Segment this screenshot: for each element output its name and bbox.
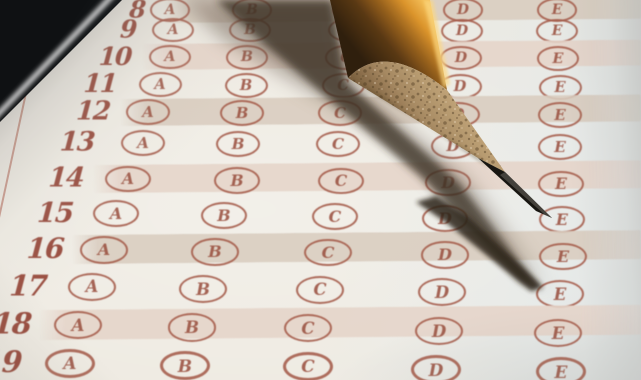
- question-number-16: 16: [26, 232, 64, 265]
- bubble-q10-C: C: [325, 45, 367, 70]
- bubble-q17-E: E: [536, 280, 584, 308]
- bubble-q19-C: C: [283, 352, 333, 380]
- bubble-q15-C: C: [312, 203, 358, 230]
- bubble-q10-A: A: [149, 45, 191, 70]
- bubble-q12-B: B: [220, 100, 264, 126]
- bubble-q13-B: B: [216, 131, 261, 157]
- bubble-q9-C: C: [328, 18, 369, 42]
- question-number-14: 14: [48, 162, 85, 193]
- bubble-q19-A: A: [45, 349, 95, 378]
- bubble-q12-C: C: [318, 100, 362, 126]
- bubble-q15-D: D: [422, 205, 468, 232]
- bubble-q13-D: D: [431, 133, 476, 159]
- bubble-q11-A: A: [139, 72, 182, 97]
- question-number-19: 19: [0, 344, 22, 379]
- bubble-q9-D: D: [441, 19, 482, 43]
- bubble-q15-E: E: [539, 206, 585, 233]
- question-number-9: 9: [119, 14, 137, 43]
- question-number-10: 10: [98, 41, 132, 71]
- bubble-q14-D: D: [425, 169, 471, 196]
- bubble-q12-D: D: [436, 102, 480, 128]
- bubble-q13-E: E: [538, 134, 583, 160]
- answer-sheet-photo: 8ABCDE9ABCDE10ABCDE11ABCDE12ABCDE13ABCDE…: [0, 0, 641, 380]
- bubble-q9-A: A: [152, 18, 193, 42]
- bubble-q18-E: E: [534, 319, 583, 348]
- question-number-17: 17: [8, 269, 47, 303]
- question-number-13: 13: [59, 126, 95, 157]
- bubble-q16-D: D: [421, 241, 468, 269]
- bubble-q15-A: A: [93, 200, 139, 227]
- bubble-q17-A: A: [68, 273, 116, 301]
- question-number-12: 12: [75, 95, 110, 126]
- bubble-q14-A: A: [105, 166, 151, 193]
- bubble-q18-B: B: [168, 313, 217, 342]
- bubble-q18-D: D: [415, 317, 464, 346]
- bubble-q14-E: E: [538, 171, 584, 198]
- bubble-q11-B: B: [225, 73, 268, 98]
- bubble-q10-B: B: [226, 45, 268, 70]
- bubble-q16-A: A: [80, 236, 127, 264]
- bubble-q17-D: D: [418, 278, 466, 306]
- bubble-q11-C: C: [322, 73, 365, 98]
- bubble-q12-E: E: [538, 102, 582, 128]
- bubble-q19-D: D: [411, 355, 461, 380]
- bubble-q19-B: B: [160, 351, 210, 380]
- bubble-q16-B: B: [191, 238, 238, 266]
- bubble-q14-C: C: [318, 168, 364, 195]
- bubble-q18-C: C: [284, 314, 333, 343]
- bubble-q19-E: E: [536, 357, 586, 380]
- bubble-q12-A: A: [126, 99, 170, 125]
- bubble-q16-E: E: [539, 243, 586, 271]
- bubble-q9-B: B: [229, 18, 270, 42]
- bubble-q14-B: B: [214, 167, 260, 194]
- answer-grid: 8ABCDE9ABCDE10ABCDE11ABCDE12ABCDE13ABCDE…: [0, 0, 641, 380]
- bubble-q17-C: C: [296, 276, 344, 304]
- bubble-q17-B: B: [179, 275, 227, 303]
- bubble-q9-E: E: [536, 19, 577, 43]
- question-number-18: 18: [0, 307, 32, 341]
- question-number-15: 15: [36, 196, 74, 229]
- bubble-q10-E: E: [537, 46, 579, 71]
- bubble-q16-C: C: [304, 239, 351, 267]
- bubble-q13-A: A: [121, 130, 166, 156]
- bubble-q15-B: B: [201, 202, 247, 229]
- bubble-q13-C: C: [316, 131, 361, 157]
